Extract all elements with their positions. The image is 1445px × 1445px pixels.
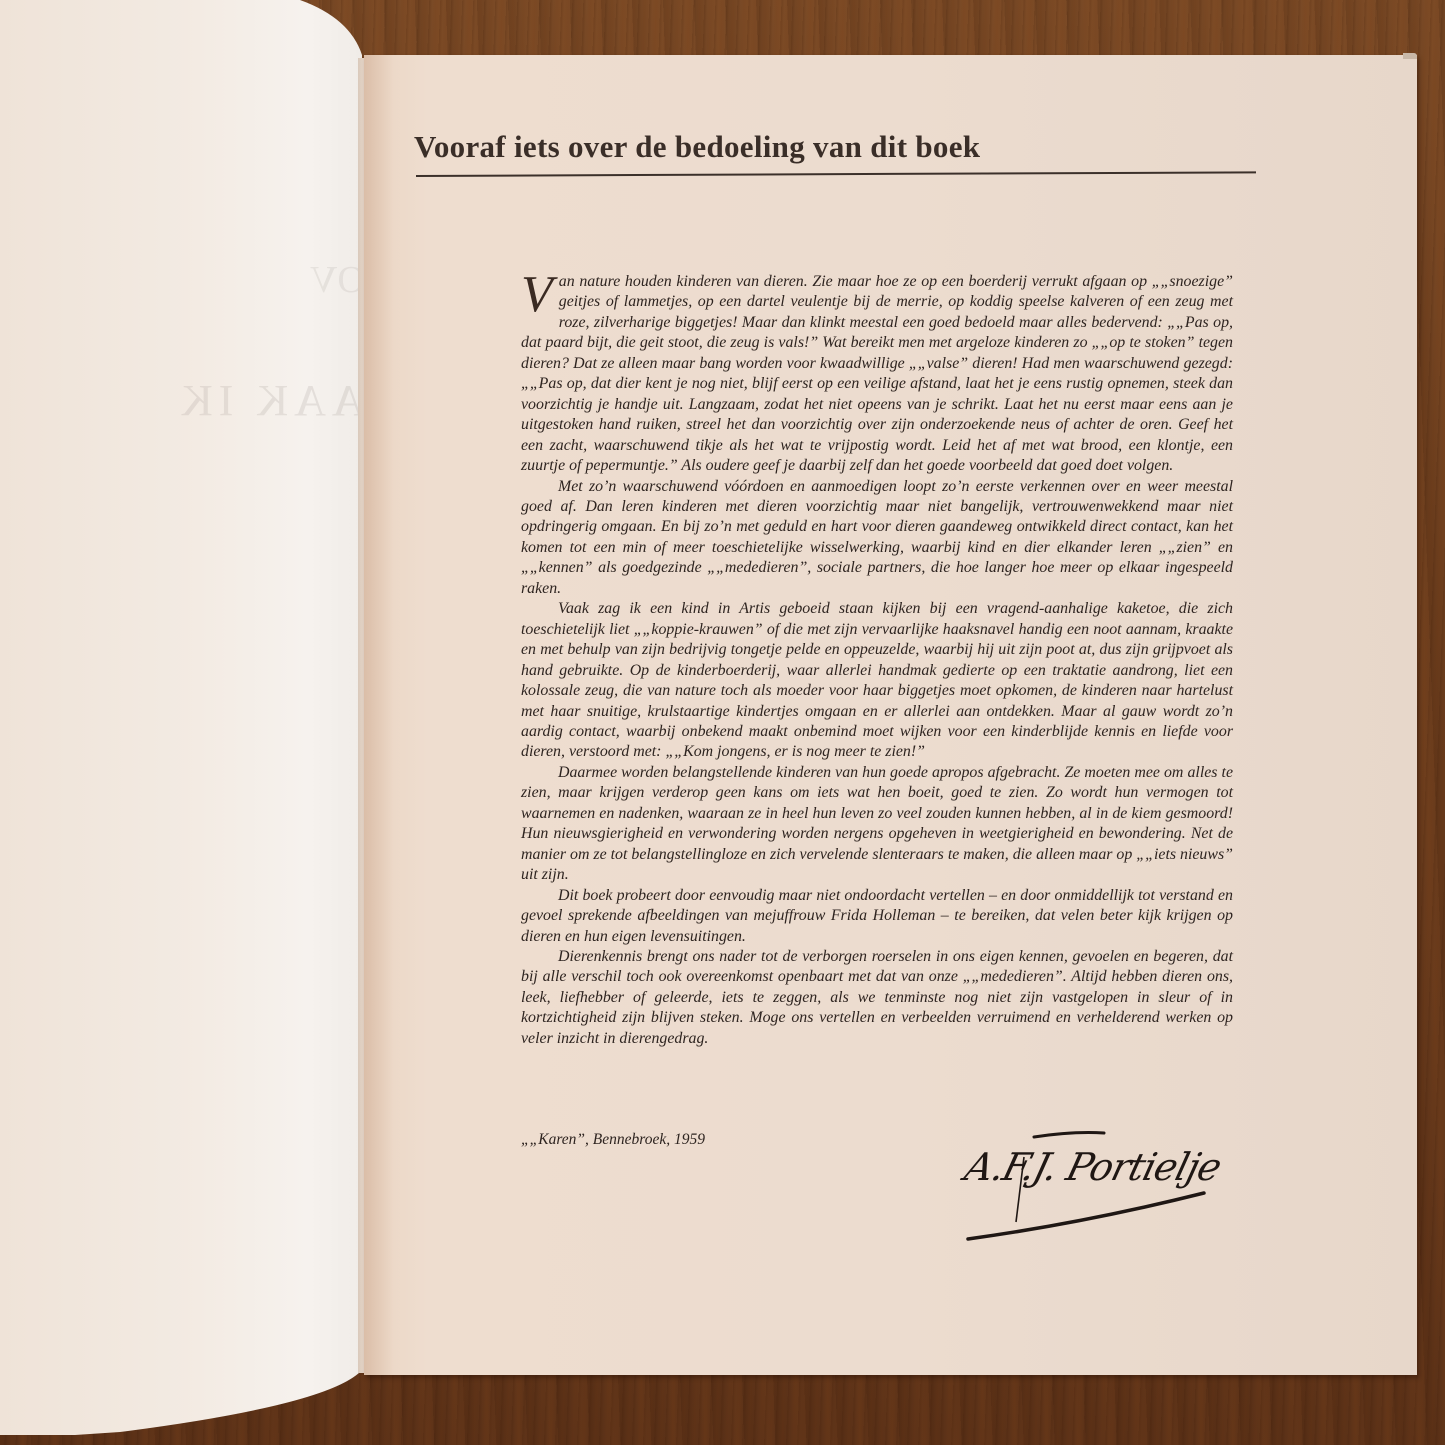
left-page-blank: OV RAAK IK — [0, 0, 362, 1435]
paragraph-6: Dierenkennis brengt ons nader tot de ver… — [521, 947, 1233, 1049]
paragraph-1: Van nature houden kinderen van dieren. Z… — [521, 272, 1233, 477]
paragraph-2: Met zo’n waarschuwend vóórdoen en aanmoe… — [521, 477, 1233, 600]
left-page-bleed-through-1: OV — [310, 258, 365, 302]
author-signature: A.F.J. Portielje — [964, 1127, 1224, 1257]
paragraph-5: Dit boek probeert door eenvoudig maar ni… — [521, 886, 1233, 947]
drop-cap-letter: V — [521, 276, 553, 314]
place-and-date: „„Karen”, Bennebroek, 1959 — [521, 1131, 705, 1149]
body-text: Van nature houden kinderen van dieren. Z… — [521, 272, 1233, 1049]
right-page: Vooraf iets over de bedoeling van dit bo… — [364, 55, 1417, 1375]
paragraph-3: Vaak zag ik een kind in Artis geboeid st… — [521, 599, 1233, 763]
signature-text: A.F.J. Portielje — [961, 1145, 1226, 1189]
page-title: Vooraf iets over de bedoeling van dit bo… — [414, 129, 980, 165]
paragraph-1-text: an nature houden kinderen van dieren. Zi… — [521, 273, 1233, 474]
page-corner — [1403, 53, 1417, 59]
title-underline-rule — [416, 171, 1256, 177]
paragraph-4: Daarmee worden belangstellende kinderen … — [521, 763, 1233, 886]
